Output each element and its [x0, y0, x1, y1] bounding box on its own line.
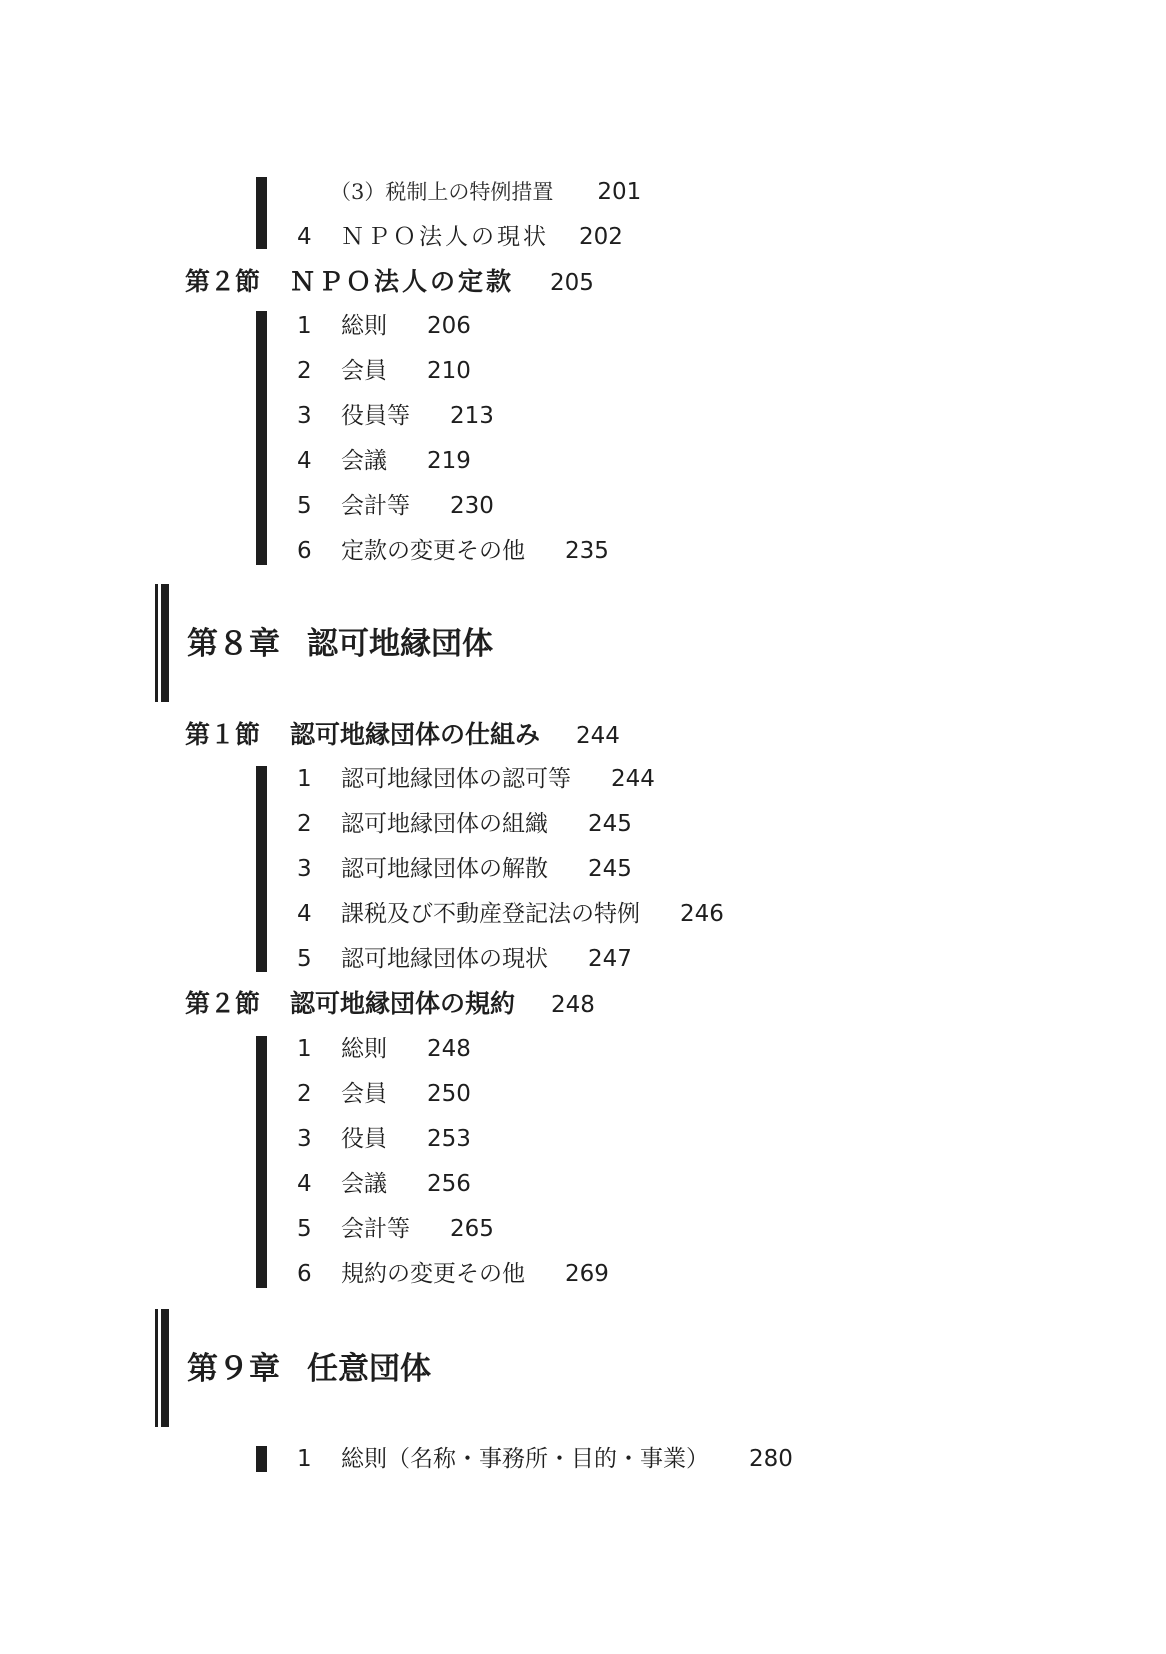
toc-item-label: 総則 [341, 1036, 387, 1062]
toc-item[interactable]: 1認可地縁団体の認可等244 [297, 764, 655, 794]
toc-item[interactable]: 3役員253 [297, 1124, 471, 1154]
toc-item-label: 規約の変更その他 [341, 1261, 525, 1287]
toc-item[interactable]: 4会議256 [297, 1169, 471, 1199]
chapter-title: 認可地縁団体 [307, 626, 493, 662]
toc-page-number: 256 [427, 1171, 471, 1197]
toc-section-heading[interactable]: 第２節ＮＰＯ法人の定款205 [185, 266, 594, 299]
toc-chapter-heading[interactable]: 第９章任意団体 [187, 1349, 431, 1389]
toc-page-number: 244 [576, 723, 620, 749]
toc-item-number: 4 [297, 899, 341, 929]
section-bar [256, 1446, 267, 1472]
toc-item-number: 3 [297, 401, 341, 431]
toc-item-number: 5 [297, 491, 341, 521]
toc-item[interactable]: 6定款の変更その他235 [297, 536, 609, 566]
toc-item-number: 1 [297, 764, 341, 794]
toc-page-number: 230 [450, 493, 494, 519]
section-bar [256, 766, 267, 972]
toc-item-label: 認可地縁団体の認可等 [341, 766, 571, 792]
toc-chapter-heading[interactable]: 第８章認可地縁団体 [187, 624, 493, 664]
toc-item-number: 2 [297, 356, 341, 386]
toc-item-label: 会計等 [341, 493, 410, 519]
section-bar [256, 177, 267, 249]
toc-page-number: 205 [550, 270, 594, 296]
chapter-double-bar [155, 1309, 169, 1427]
section-title: 認可地縁団体の仕組み [290, 720, 540, 749]
toc-item-number: 1 [297, 1034, 341, 1064]
toc-item[interactable]: 5認可地縁団体の現状247 [297, 944, 632, 974]
toc-item[interactable]: 3役員等213 [297, 401, 494, 431]
toc-item-label: 会員 [341, 1081, 387, 1107]
section-bar [256, 1036, 267, 1288]
toc-page-number: 219 [427, 448, 471, 474]
toc-page-number: 235 [565, 538, 609, 564]
section-bar [256, 311, 267, 565]
toc-page-number: 253 [427, 1126, 471, 1152]
toc-item-label: 認可地縁団体の現状 [341, 946, 548, 972]
toc-item-number: 6 [297, 1259, 341, 1289]
toc-item[interactable]: 6規約の変更その他269 [297, 1259, 609, 1289]
toc-item-number: 4 [297, 446, 341, 476]
toc-page-number: 250 [427, 1081, 471, 1107]
toc-item-label: ＮＰＯ法人の現状 [341, 224, 549, 250]
toc-item-label: 総則（名称・事務所・目的・事業） [341, 1446, 709, 1472]
chapter-title: 任意団体 [307, 1351, 431, 1387]
toc-item-number: 1 [297, 311, 341, 341]
toc-page-number: 210 [427, 358, 471, 384]
toc-sub-item[interactable]: （3）税制上の特例措置201 [330, 177, 641, 207]
toc-page-number: 202 [579, 224, 623, 250]
toc-item-label: 会計等 [341, 1216, 410, 1242]
toc-section-heading[interactable]: 第２節認可地縁団体の規約248 [185, 988, 595, 1021]
toc-item[interactable]: 1総則（名称・事務所・目的・事業）280 [297, 1444, 793, 1474]
toc-item-number: 5 [297, 1214, 341, 1244]
toc-item-label: 認可地縁団体の組織 [341, 811, 548, 837]
chapter-double-bar [155, 584, 169, 702]
chapter-number: 第９章 [187, 1349, 307, 1389]
toc-item-label: 役員 [341, 1126, 387, 1152]
toc-item[interactable]: 1総則206 [297, 311, 471, 341]
toc-item-label: 役員等 [341, 403, 410, 429]
toc-page-number: 247 [588, 946, 632, 972]
toc-page-number: 245 [588, 856, 632, 882]
toc-item-number: 2 [297, 809, 341, 839]
toc-item-number: 4 [297, 222, 341, 252]
section-title: 認可地縁団体の規約 [290, 989, 515, 1018]
toc-item-label: 会員 [341, 358, 387, 384]
toc-item-label: 認可地縁団体の解散 [341, 856, 548, 882]
toc-page-number: 248 [427, 1036, 471, 1062]
toc-item[interactable]: 3認可地縁団体の解散245 [297, 854, 632, 884]
toc-item-number: 6 [297, 536, 341, 566]
toc-sub-item-label: （3）税制上の特例措置 [330, 180, 553, 204]
toc-page-number: 245 [588, 811, 632, 837]
toc-item-label: 定款の変更その他 [341, 538, 525, 564]
toc-item-number: 5 [297, 944, 341, 974]
toc-item[interactable]: 2会員250 [297, 1079, 471, 1109]
toc-item-label: 会議 [341, 448, 387, 474]
toc-item[interactable]: 4ＮＰＯ法人の現状202 [297, 222, 623, 252]
toc-item[interactable]: 1総則248 [297, 1034, 471, 1064]
toc-item-label: 会議 [341, 1171, 387, 1197]
toc-item-number: 1 [297, 1444, 341, 1474]
toc-page-number: 280 [749, 1446, 793, 1472]
toc-page-number: 206 [427, 313, 471, 339]
toc-page-number: 213 [450, 403, 494, 429]
toc-item[interactable]: 2認可地縁団体の組織245 [297, 809, 632, 839]
toc-item[interactable]: 4課税及び不動産登記法の特例246 [297, 899, 724, 929]
toc-page-number: 265 [450, 1216, 494, 1242]
toc-item[interactable]: 5会計等230 [297, 491, 494, 521]
toc-section-heading[interactable]: 第１節認可地縁団体の仕組み244 [185, 719, 620, 752]
toc-page-number: 248 [551, 992, 595, 1018]
toc-page-number: 201 [597, 179, 641, 205]
toc-item-label: 総則 [341, 313, 387, 339]
toc-item-number: 3 [297, 854, 341, 884]
toc-item[interactable]: 2会員210 [297, 356, 471, 386]
toc-item-number: 3 [297, 1124, 341, 1154]
chapter-number: 第８章 [187, 624, 307, 664]
toc-page-number: 244 [611, 766, 655, 792]
toc-item[interactable]: 5会計等265 [297, 1214, 494, 1244]
toc-item-label: 課税及び不動産登記法の特例 [341, 901, 640, 927]
section-number: 第２節 [185, 988, 290, 1020]
section-number: 第１節 [185, 719, 290, 751]
toc-item-number: 4 [297, 1169, 341, 1199]
section-number: 第２節 [185, 266, 290, 298]
section-title: ＮＰＯ法人の定款 [290, 267, 514, 296]
toc-item[interactable]: 4会議219 [297, 446, 471, 476]
toc-item-number: 2 [297, 1079, 341, 1109]
toc-page-number: 269 [565, 1261, 609, 1287]
toc-page-number: 246 [680, 901, 724, 927]
